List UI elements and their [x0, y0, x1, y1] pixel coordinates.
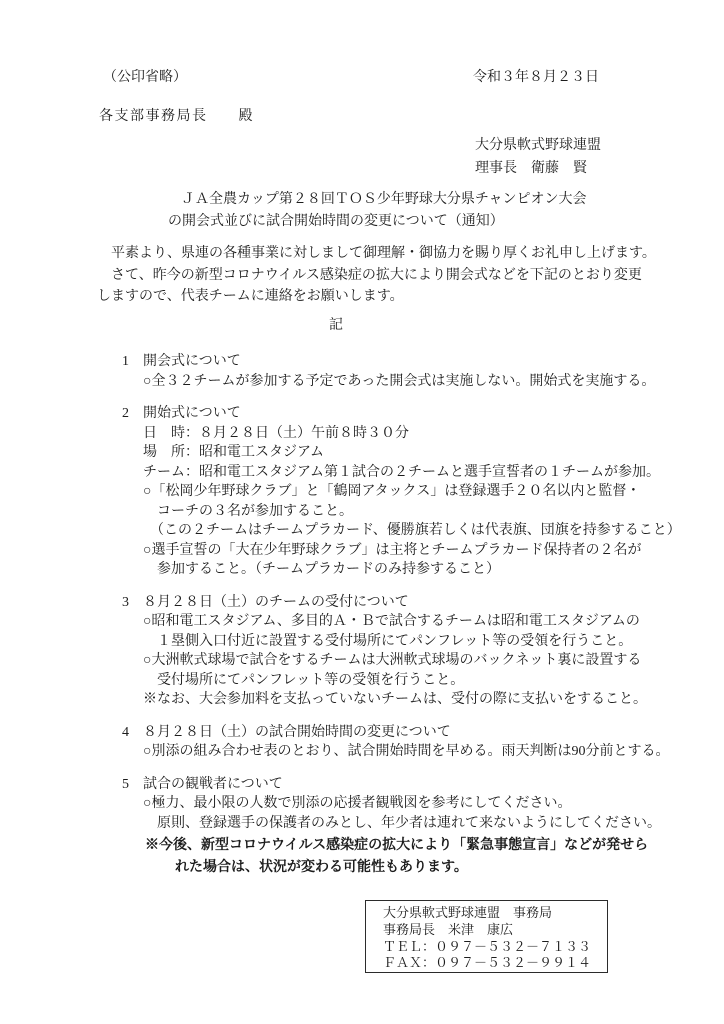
section-line: 場 所：昭和電工スタジアム: [97, 443, 717, 463]
paragraph-line: さて、昨今の新型コロナウイルス感染症の拡大により開会式などを下記のとおり変更: [97, 265, 656, 287]
section-line: 原則、登録選手の保護者のみとし、年少者は連れて来ないようにしてください。: [97, 814, 717, 834]
contact-person: 事務局長 米津 康広: [383, 922, 607, 939]
section-number: 4: [122, 723, 143, 743]
notice-sections: 1開会式について ○全３２チームが参加する予定であった開会式は実施しない。開始式…: [97, 352, 717, 846]
section-2: 2開始式について 日 時：８月２８日（土）午前８時３０分 場 所：昭和電工スタジ…: [97, 404, 717, 580]
section-line: ※なお、大会参加料を支払っていないチームは、受付の際に支払いをすること。: [97, 690, 717, 710]
section-heading-row: 2開始式について: [97, 404, 717, 424]
document-title-line1: ＪＡ全農カップ第２８回ＴＯＳ少年野球大分県チャンピオン大会: [181, 189, 724, 211]
contact-tel: ＴＥＬ：０９７－５３２－７１３３: [383, 939, 607, 956]
document-title: ＪＡ全農カップ第２８回ＴＯＳ少年野球大分県チャンピオン大会 の開会式並びに試合開…: [0, 189, 724, 232]
section-1: 1開会式について ○全３２チームが参加する予定であった開会式は実施しない。開始式…: [97, 352, 717, 391]
section-heading-row: 3８月２８日（土）のチームの受付について: [97, 593, 717, 613]
section-line: ○昭和電工スタジアム、多目的Ａ・Ｂで試合するチームは昭和電工スタジアムの: [97, 612, 717, 632]
section-line: 参加すること。（チームプラカードのみ持参すること）: [97, 560, 717, 580]
section-heading-row: 1開会式について: [97, 352, 717, 372]
section-line: チーム：昭和電工スタジアム第１試合の２チームと選手宣誓者の１チームが参加。: [97, 463, 717, 483]
seal-omission-note: （公印省略）: [103, 66, 187, 86]
section-heading: 開会式について: [143, 354, 241, 369]
section-line: （この２チームはチームプラカード、優勝旗若しくは代表旗、団旗を持参すること）: [97, 521, 717, 541]
section-number: 5: [122, 775, 143, 795]
section-heading-row: 4８月２８日（土）の試合開始時間の変更について: [97, 723, 717, 743]
ki-marker: 記: [97, 314, 575, 334]
document-page: （公印省略） 令和３年８月２３日 各支部事務局長 殿 大分県軟式野球連盟 理事長…: [0, 0, 724, 1024]
section-5: 5試合の観戦者について ○極力、最小限の人数で別添の応援者観戦図を参考にしてくだ…: [97, 775, 717, 834]
contact-box: 大分県軟式野球連盟 事務局 事務局長 米津 康広 ＴＥＬ：０９７－５３２－７１３…: [365, 900, 608, 973]
section-line: コーチの３名が参加すること。: [97, 502, 717, 522]
section-line: 日 時：８月２８日（土）午前８時３０分: [97, 424, 717, 444]
section-number: 2: [122, 404, 143, 424]
section-heading: ８月２８日（土）の試合開始時間の変更について: [143, 725, 451, 740]
opening-paragraph: 平素より、県連の各種事業に対しまして御理解・御協力を賜り厚くお礼申し上げます。 …: [97, 243, 656, 308]
section-line: ○全３２チームが参加する予定であった開会式は実施しない。開始式を実施する。: [97, 372, 717, 392]
contact-org: 大分県軟式野球連盟 事務局: [383, 905, 607, 922]
section-line: ○別添の組み合わせ表のとおり、試合開始時間を早める。雨天判断は90分前とする。: [97, 742, 717, 762]
section-number: 1: [122, 352, 143, 372]
paragraph-line: しますので、代表チームに連絡をお願いします。: [97, 286, 656, 308]
section-line: ○選手宣誓の「大在少年野球クラブ」は主将とチームプラカード保持者の２名が: [97, 541, 717, 561]
section-heading-row: 5試合の観戦者について: [97, 775, 717, 795]
warning-line: ※今後、新型コロナウイルス感染症の拡大により「緊急事態宣言」などが発せら: [97, 835, 648, 857]
section-heading: 開始式について: [143, 406, 241, 421]
section-line: ○極力、最小限の人数で別添の応援者観戦図を参考にしてください。: [97, 794, 717, 814]
section-line: ○「松岡少年野球クラブ」と「鶴岡アタックス」は登録選手２０名以内と監督・: [97, 482, 717, 502]
section-heading: 試合の観戦者について: [143, 777, 283, 792]
paragraph-line: 平素より、県連の各種事業に対しまして御理解・御協力を賜り厚くお礼申し上げます。: [97, 243, 656, 265]
document-date: 令和３年８月２３日: [473, 66, 599, 86]
sender-organization: 大分県軟式野球連盟: [475, 134, 601, 157]
sender-representative: 理事長 衛藤 賢: [475, 157, 601, 180]
section-4: 4８月２８日（土）の試合開始時間の変更について ○別添の組み合わせ表のとおり、試…: [97, 723, 717, 762]
section-number: 3: [122, 593, 143, 613]
section-3: 3８月２８日（土）のチームの受付について ○昭和電工スタジアム、多目的Ａ・Ｂで試…: [97, 593, 717, 710]
section-line: 受付場所にてパンフレット等の受領を行うこと。: [97, 671, 717, 691]
warning-line: れた場合は、状況が変わる可能性もあります。: [97, 857, 648, 879]
section-line: １塁側入口付近に設置する受付場所にてパンフレット等の受領を行うこと。: [97, 632, 717, 652]
contact-fax: ＦＡＸ：０９７－５３２－９９１４: [383, 955, 607, 972]
section-heading: ８月２８日（土）のチームの受付について: [143, 595, 409, 610]
addressee: 各支部事務局長 殿: [99, 105, 254, 125]
document-title-line2: の開会式並びに試合開始時間の変更について（通知）: [168, 211, 724, 233]
sender-block: 大分県軟式野球連盟 理事長 衛藤 賢: [475, 134, 601, 180]
covid-warning-note: ※今後、新型コロナウイルス感染症の拡大により「緊急事態宣言」などが発せら れた場…: [97, 835, 648, 878]
section-line: ○大洲軟式球場で試合をするチームは大洲軟式球場のバックネット裏に設置する: [97, 651, 717, 671]
